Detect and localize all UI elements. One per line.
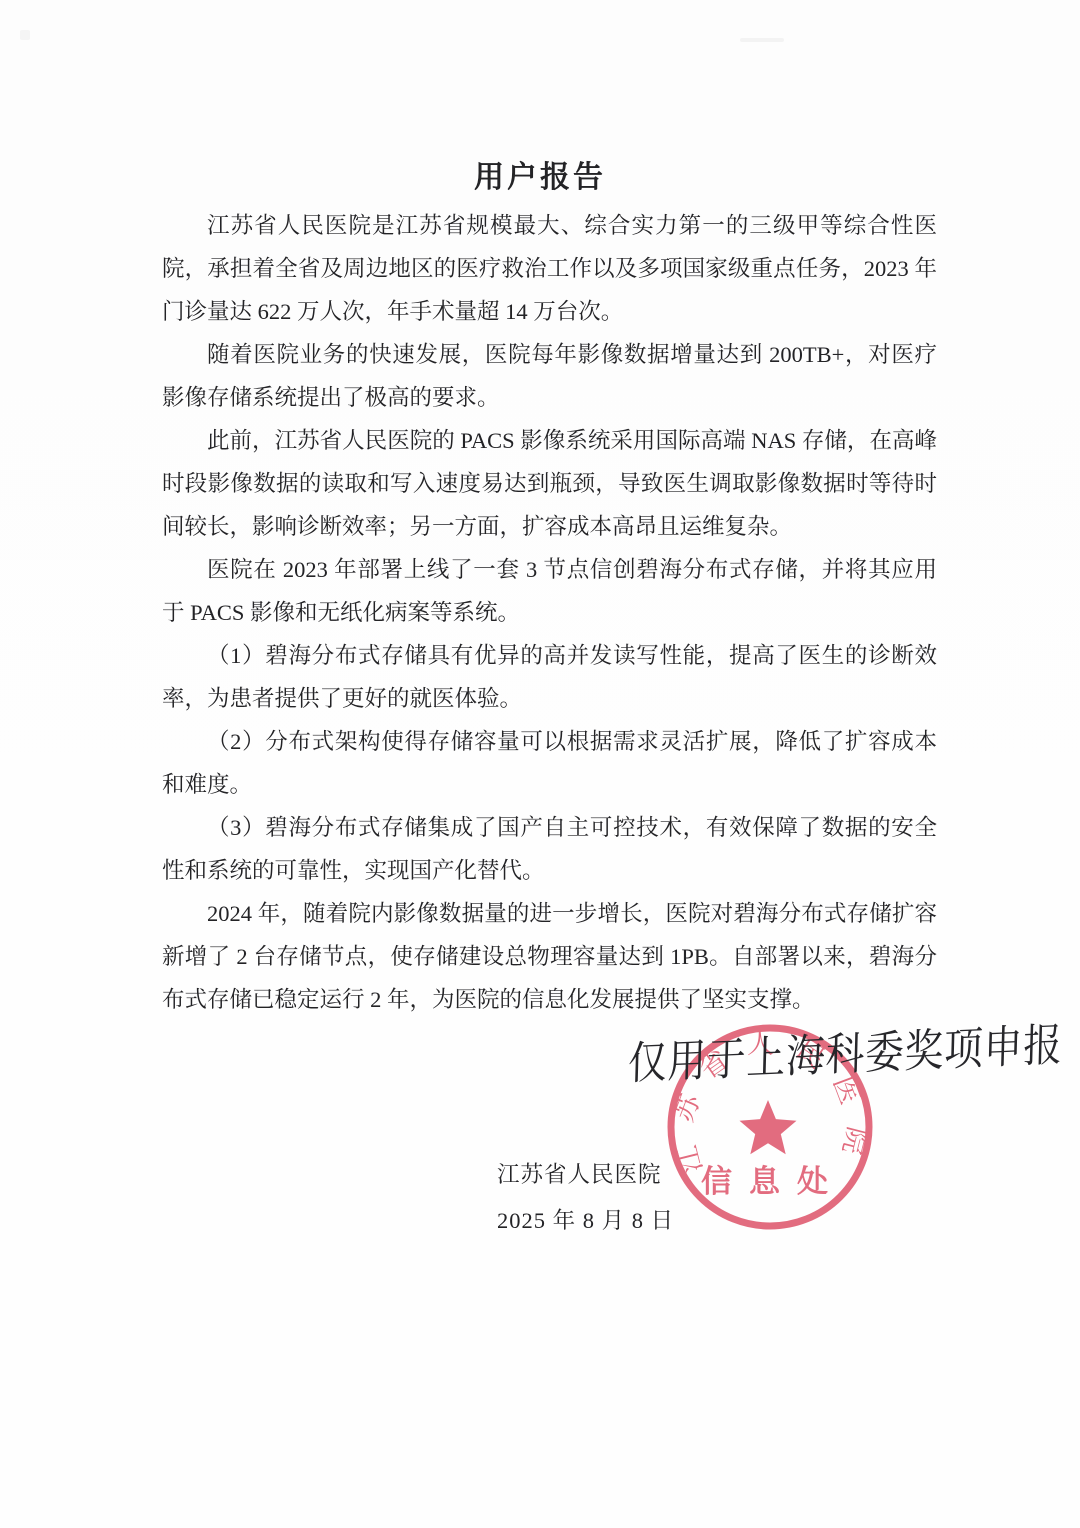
scanned-page: 用户报告 江苏省人民医院是江苏省规模最大、综合实力第一的三级甲等综合性医院，承担… [0,0,1080,1528]
document-body: 江苏省人民医院是江苏省规模最大、综合实力第一的三级甲等综合性医院，承担着全省及周… [162,204,937,1021]
scan-artifact [20,30,30,40]
signature-block: 江苏省人民医院 2025 年 8 月 8 日 [497,1152,674,1244]
paragraph: 2024 年，随着院内影像数据量的进一步增长，医院对碧海分布式存储扩容新增了 2… [162,892,937,1021]
seal-star-icon [740,1100,797,1154]
paragraph: 此前，江苏省人民医院的 PACS 影像系统采用国际高端 NAS 存储，在高峰时段… [162,419,937,548]
page-title: 用户报告 [0,152,1080,196]
signature-date: 2025 年 8 月 8 日 [497,1198,674,1244]
signature-organization: 江苏省人民医院 [497,1152,674,1198]
seal-center-label: 信息处 [701,1164,845,1199]
paragraph: （1）碧海分布式存储具有优异的高并发读写性能，提高了医生的诊断效率，为患者提供了… [162,634,937,720]
paragraph: 江苏省人民医院是江苏省规模最大、综合实力第一的三级甲等综合性医院，承担着全省及周… [162,204,937,333]
paragraph: 随着医院业务的快速发展，医院每年影像数据增量达到 200TB+，对医疗影像存储系… [162,333,937,419]
paragraph: 医院在 2023 年部署上线了一套 3 节点信创碧海分布式存储，并将其应用于 P… [162,548,937,634]
paragraph: （3）碧海分布式存储集成了国产自主可控技术，有效保障了数据的安全性和系统的可靠性… [162,806,937,892]
scan-artifact [740,38,784,42]
paragraph: （2）分布式架构使得存储容量可以根据需求灵活扩展，降低了扩容成本和难度。 [162,720,937,806]
